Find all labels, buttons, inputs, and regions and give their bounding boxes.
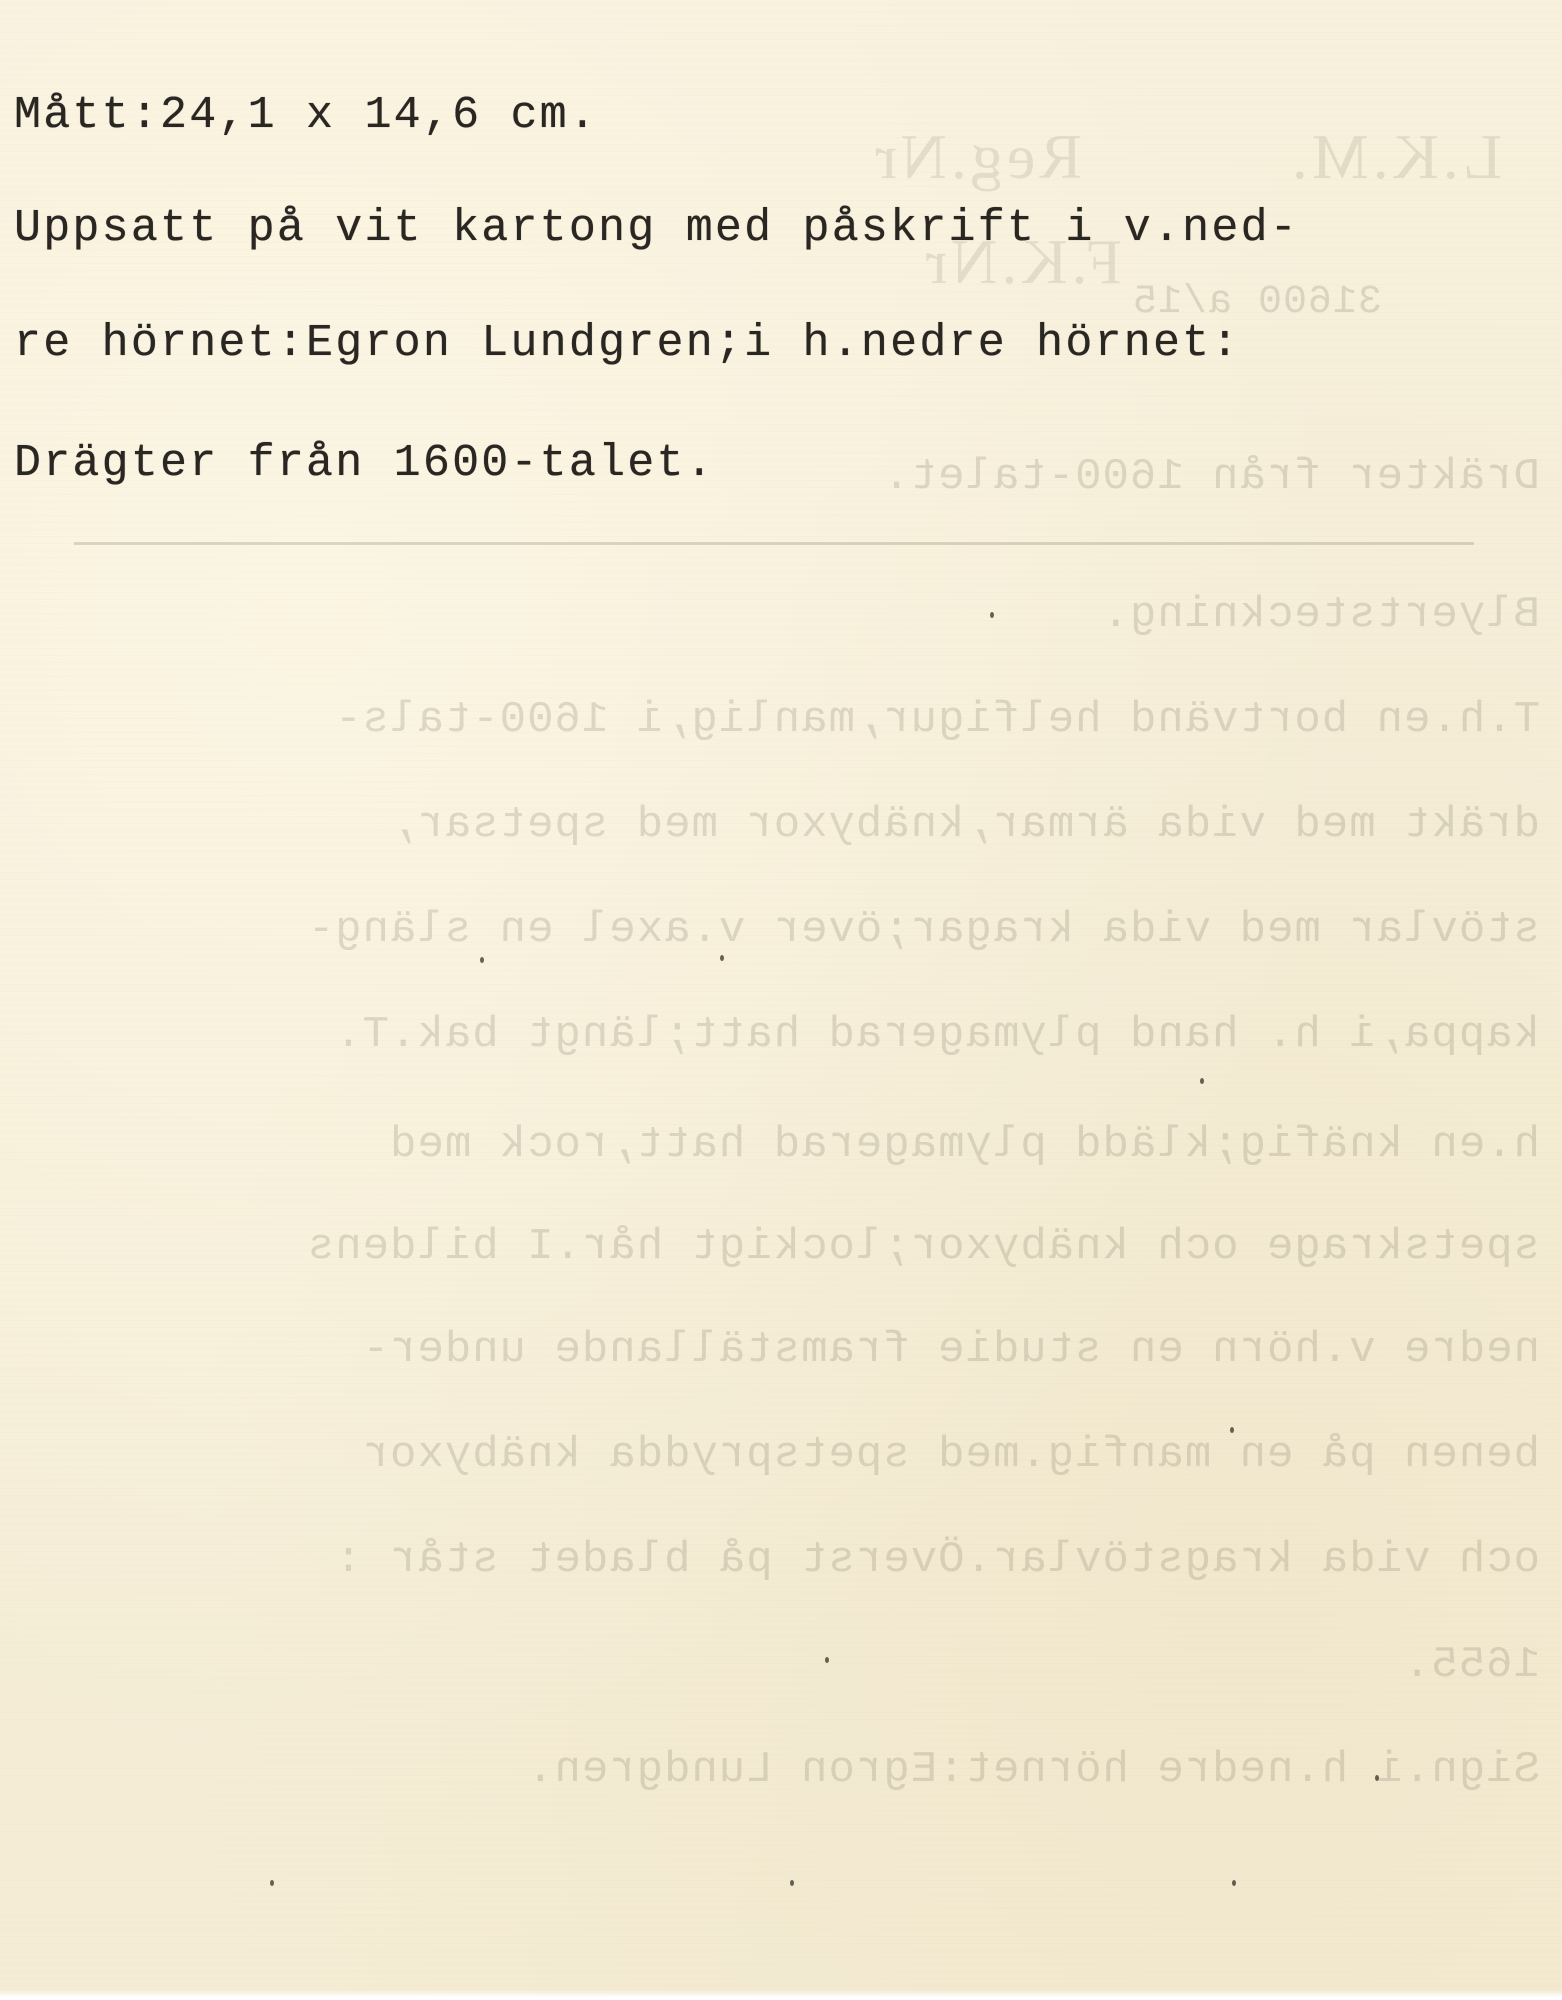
- bleed-line: nedre v.hörn en studie framställande und…: [362, 1325, 1540, 1375]
- bleed-line: benen på en manfig.med spetsprydda knäby…: [362, 1430, 1540, 1480]
- bleed-line: stövlar med vida kragar;över v.axel en s…: [307, 905, 1540, 955]
- ink-speck: [825, 1657, 829, 1663]
- bleed-line: kappa,i h. hand plymagerad hatt;längt ba…: [334, 1010, 1540, 1060]
- ink-speck: [1200, 1078, 1204, 1084]
- bleed-line: h.en knäfig;klädd plymagerad hatt,rock m…: [389, 1120, 1540, 1170]
- bleed-line: dräkt med vida ärmar,knäbyxor med spetsa…: [389, 800, 1540, 850]
- bleed-rule: [74, 542, 1474, 545]
- ink-speck: [480, 957, 484, 963]
- mounting-line: Uppsatt på vit kartong med påskrift i v.…: [14, 203, 1299, 254]
- bleed-line: Dräkter från 1600-talet.: [882, 452, 1540, 502]
- measurements-line: Mått:24,1 x 14,6 cm.: [14, 90, 598, 141]
- ink-speck: [790, 1880, 794, 1886]
- bleed-line: T.h.en bortvänd helfigur,manlig,i 1600-t…: [334, 695, 1540, 745]
- inscription-line: re hörnet:Egron Lundgren;i h.nedre hörne…: [14, 318, 1241, 369]
- bleed-through-reverse-text: L.K.M. Reg.Nr F.K.Nr 31600 a/15 Dräkter …: [0, 0, 1562, 2000]
- ink-speck: [1230, 1427, 1234, 1433]
- ink-speck: [270, 1880, 274, 1886]
- ink-speck: [1375, 1775, 1379, 1781]
- ink-speck: [990, 612, 994, 618]
- bleed-header-reg: Reg.Nr: [871, 120, 1082, 194]
- ink-speck: [1232, 1880, 1236, 1886]
- title-line: Drägter från 1600-talet.: [14, 438, 715, 489]
- bleed-line: 1655.: [1403, 1640, 1540, 1690]
- bleed-header-lkm: L.K.M.: [1288, 120, 1502, 194]
- bleed-line: och vida kragstövlar.Överst på bladet st…: [334, 1535, 1540, 1585]
- bleed-line: Blyertsteckning.: [1102, 590, 1540, 640]
- ink-speck: [720, 955, 724, 961]
- bleed-line: spetskrage och knäbyxor;lockigt hår.I bi…: [307, 1222, 1540, 1272]
- paper-bottom-edge: [0, 1990, 1562, 2000]
- bleed-line: Sign.i h.nedre hörnet:Egron Lundgren.: [526, 1745, 1540, 1795]
